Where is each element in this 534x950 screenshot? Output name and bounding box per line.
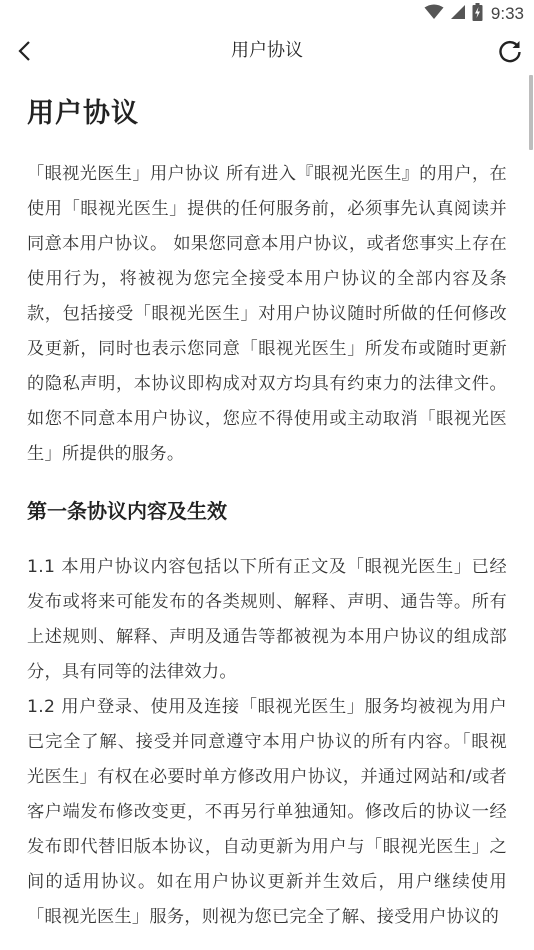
- page-title: 用户协议: [0, 38, 534, 64]
- wifi-icon: [424, 4, 444, 24]
- section-paragraph-1-1: 1.1 本用户协议内容包括以下所有正文及「眼视光医生」已经发布或将来可能发布的各…: [27, 550, 507, 690]
- status-bar: 9:33: [0, 0, 534, 28]
- status-time: 9:33: [491, 4, 524, 24]
- nav-bar: 用户协议: [0, 28, 534, 74]
- agreement-content[interactable]: 用户协议 「眼视光医生」用户协议 所有进入『眼视光医生』的用户，在使用「眼视光医…: [0, 74, 534, 950]
- section-title: 第一条协议内容及生效: [27, 496, 507, 526]
- refresh-icon: [496, 37, 524, 65]
- scrollbar[interactable]: [529, 75, 533, 150]
- document-title: 用户协议: [27, 96, 507, 132]
- cell-signal-icon: [450, 4, 466, 24]
- section-paragraph-1-2: 1.2 用户登录、使用及连接「眼视光医生」服务均被视为用户已完全了解、接受并同意…: [27, 690, 507, 935]
- battery-charging-icon: [472, 3, 483, 25]
- status-icons: 9:33: [424, 3, 524, 25]
- intro-paragraph: 「眼视光医生」用户协议 所有进入『眼视光医生』的用户，在使用「眼视光医生」提供的…: [27, 157, 507, 472]
- refresh-button[interactable]: [496, 37, 524, 65]
